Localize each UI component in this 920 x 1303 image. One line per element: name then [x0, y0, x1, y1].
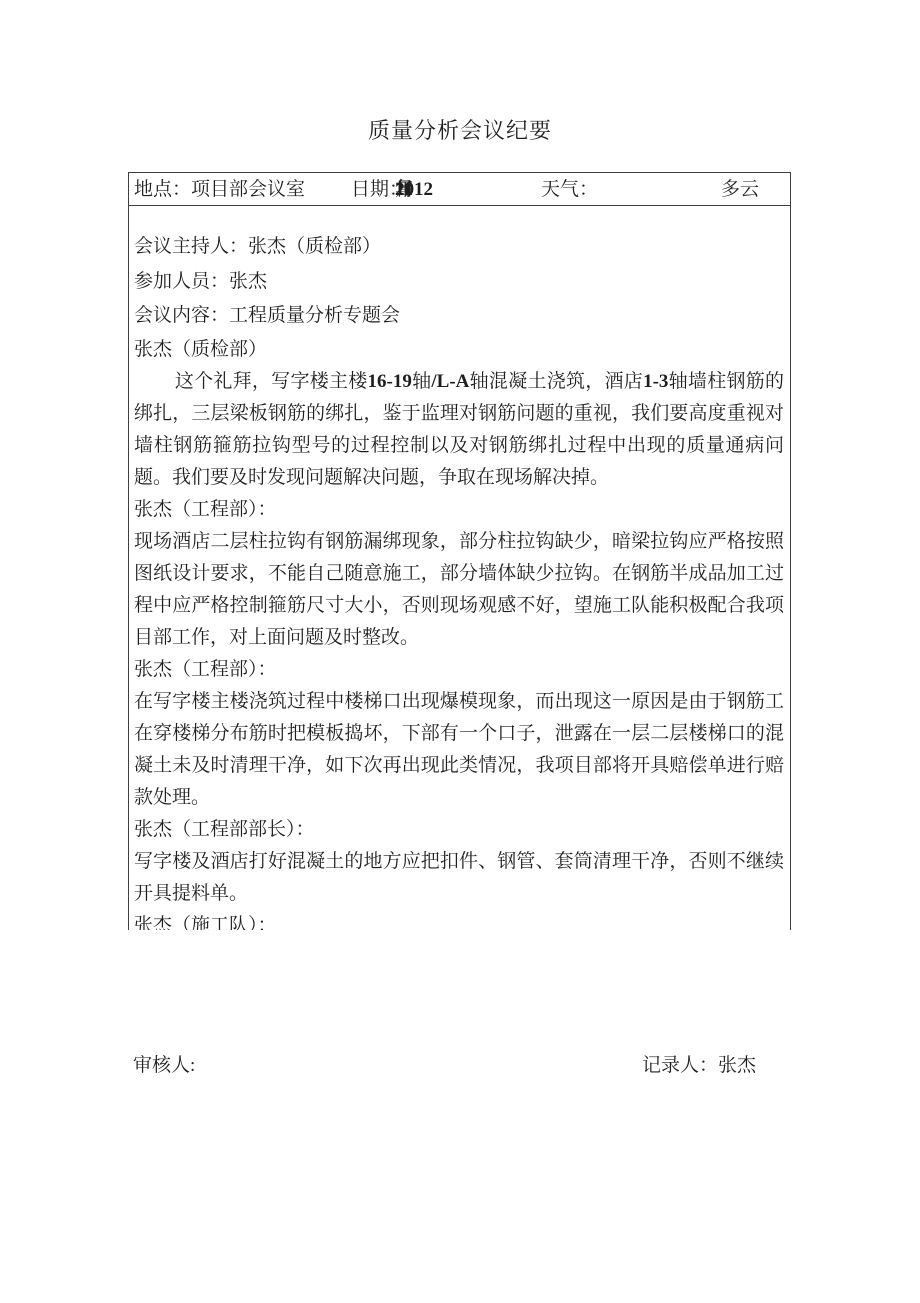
- weather-value: 多云: [721, 173, 759, 206]
- minutes-table: 地点： 项目部会议室 日期： 2012年11月19日 天气： 多云 会议主持人：…: [128, 172, 791, 930]
- text-segment: 写字楼及酒店打好混凝土的地方应把扣件、钢管、套筒清理干净，否则不继续开具提料单。: [134, 851, 784, 904]
- reviewer-label: 审核人:: [133, 1052, 195, 1080]
- text-segment: 轴混凝土浇筑，酒店: [469, 371, 643, 392]
- location-value: 项目部会议室: [191, 173, 305, 206]
- signature-row: 审核人: 记录人：张杰: [0, 1052, 920, 1080]
- speaker-line: 张杰（工程部）：: [134, 494, 784, 526]
- text-segment: 这个礼拜，写字楼主楼: [175, 371, 368, 392]
- weather-label: 天气：: [541, 173, 598, 206]
- text-segment: 16-19: [368, 371, 412, 392]
- speaker-line: 张杰（施工队）：: [134, 910, 784, 931]
- text-segment: 在写字楼主楼浇筑过程中楼梯口出现爆模现象，而出现这一原因是由于钢筋工在穿楼梯分布…: [134, 691, 784, 808]
- speaker-line: 张杰（工程部部长）：: [134, 814, 784, 846]
- meta-header-row: 地点： 项目部会议室 日期： 2012年11月19日 天气： 多云: [129, 173, 790, 206]
- meeting-host-line: 会议主持人：张杰（质检部）: [134, 230, 784, 265]
- recorder-label: 记录人：张杰: [642, 1052, 756, 1080]
- speech-paragraph: 这个礼拜，写字楼主楼16-19轴/L-A轴混凝土浇筑，酒店1-3轴墙柱钢筋的绑扎…: [134, 366, 784, 494]
- text-segment: 现场酒店二层柱拉钩有钢筋漏绑现象，部分柱拉钩缺少，暗梁拉钩应严格按照图纸设计要求…: [134, 531, 784, 648]
- text-segment: /L-A: [431, 371, 469, 392]
- text-segment: 轴: [412, 371, 432, 392]
- speech-paragraph: 写字楼及酒店打好混凝土的地方应把扣件、钢管、套筒清理干净，否则不继续开具提料单。: [134, 846, 784, 910]
- text-segment: 日: [395, 173, 414, 206]
- speech-paragraph: 现场酒店二层柱拉钩有钢筋漏绑现象，部分柱拉钩缺少，暗梁拉钩应严格按照图纸设计要求…: [134, 526, 784, 654]
- text-segment: 1-3: [643, 371, 668, 392]
- document-title: 质量分析会议纪要: [0, 117, 920, 145]
- speaker-line: 张杰（质检部）: [134, 334, 784, 366]
- document-page: 质量分析会议纪要 地点： 项目部会议室 日期： 2012年11月19日 天气： …: [0, 0, 920, 1303]
- meeting-content-line: 会议内容：工程质量分析专题会: [134, 299, 784, 334]
- location-label: 地点：: [134, 173, 191, 206]
- speech-paragraph: 在写字楼主楼浇筑过程中楼梯口出现爆模现象，而出现这一原因是由于钢筋工在穿楼梯分布…: [134, 686, 784, 814]
- minutes-body: 会议主持人：张杰（质检部） 参加人员：张杰 会议内容：工程质量分析专题会 张杰（…: [129, 206, 790, 930]
- speaker-line: 张杰（工程部）：: [134, 654, 784, 686]
- meeting-participants-line: 参加人员：张杰: [134, 265, 784, 300]
